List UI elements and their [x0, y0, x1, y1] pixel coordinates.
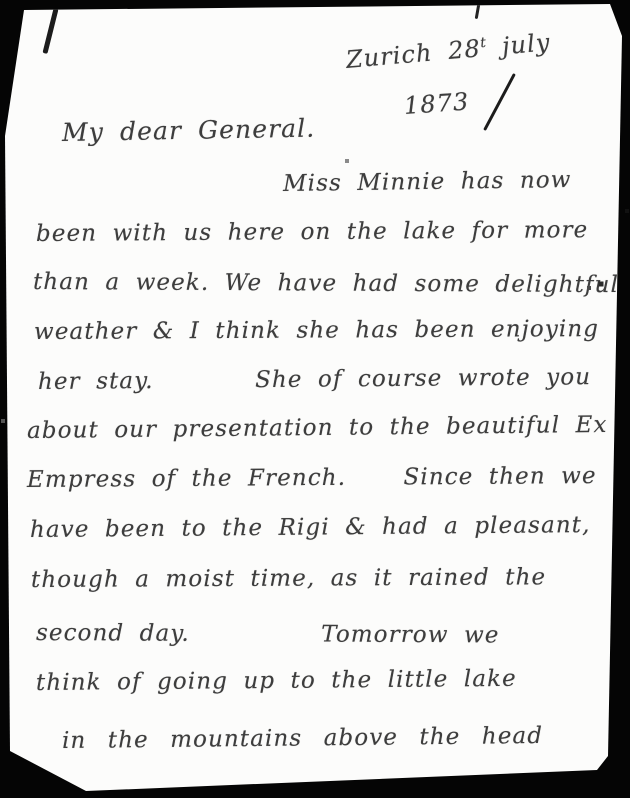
letter-line-segment: Since then we — [403, 463, 596, 490]
dateline-month: july — [501, 28, 552, 60]
letter-line: about our presentation to the beautiful … — [27, 412, 608, 444]
letter-line: in the mountains above the head — [62, 723, 543, 754]
letter-paper: Zurich 28t july 1873 My dear General. Mi… — [0, 0, 630, 798]
letter-line-segment: second day. — [36, 620, 190, 647]
pen-flourish-slash — [483, 73, 516, 131]
letter-line: though a moist time, as it rained the — [31, 564, 546, 593]
letter-line: Empress of the French. Since then we — [27, 463, 597, 493]
letter-line-segment: Tomorrow we — [321, 621, 499, 648]
dateline-day: 28 — [447, 34, 482, 65]
salutation: My dear General. — [62, 114, 316, 147]
letter-line: been with us here on the lake for more — [36, 217, 589, 247]
letter-line: than a week. We have had some delightful — [33, 269, 619, 298]
letter-line: her stay. She of course wrote you — [38, 364, 591, 395]
dateline-year: 1873 — [403, 87, 470, 119]
letter-line: second day. Tomorrow we — [36, 620, 500, 648]
corner-pen-mark — [43, 8, 59, 54]
letter-line: weather & I think she has been enjoying — [34, 316, 599, 345]
letter-line-segment: her stay. — [38, 368, 154, 395]
letter-line-segment: Empress of the French. — [27, 465, 346, 493]
dateline-place-date: Zurich 28t july — [345, 28, 552, 74]
letter-line: have been to the Rigi & had a pleasant, — [30, 512, 591, 543]
dateline-day-suffix: t — [480, 35, 487, 51]
dateline-place: Zurich — [345, 38, 434, 73]
scan-dust-specks — [0, 0, 2, 2]
top-edge-pen-tick — [475, 4, 481, 19]
scanned-letter-page: Zurich 28t july 1873 My dear General. Mi… — [0, 0, 630, 798]
letter-line-segment: She of course wrote you — [255, 364, 591, 393]
letter-line: Miss Minnie has now — [283, 167, 572, 197]
letter-line: think of going up to the little lake — [36, 666, 517, 696]
